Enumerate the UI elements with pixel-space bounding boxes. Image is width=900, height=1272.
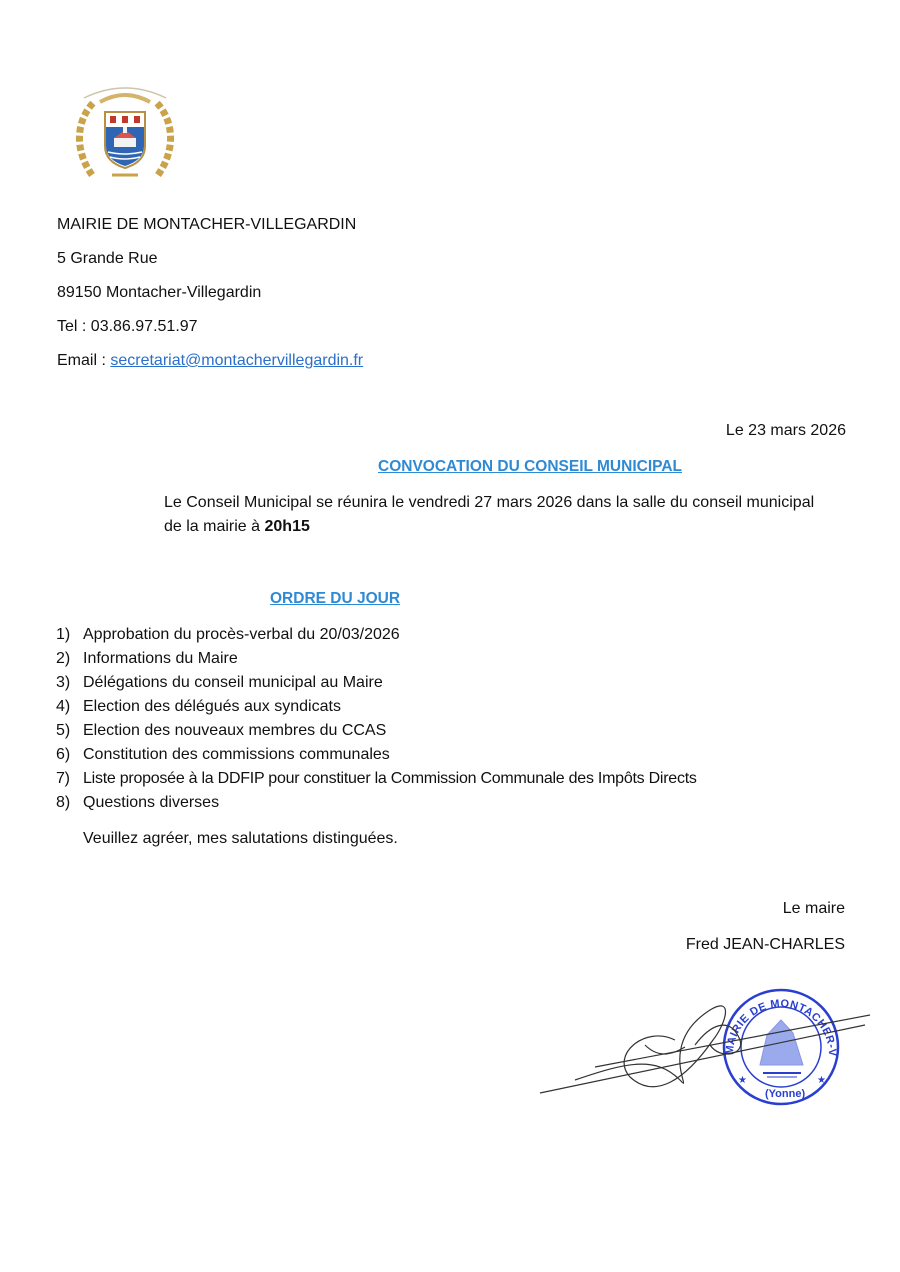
- signatory-role: Le maire: [783, 899, 845, 919]
- agenda-item-text: Questions diverses: [83, 794, 219, 811]
- telephone: Tel : 03.86.97.51.97: [57, 317, 198, 337]
- agenda-item-text: Election des délégués aux syndicats: [83, 698, 341, 715]
- meeting-time: 20h15: [265, 518, 310, 535]
- closing-salutation: Veuillez agréer, mes salutations disting…: [83, 829, 398, 849]
- agenda-item-text: Informations du Maire: [83, 650, 238, 667]
- agenda-item: 4)Election des délégués aux syndicats: [56, 697, 341, 717]
- coat-of-arms-icon: [72, 80, 178, 184]
- signature-and-stamp: MAIRIE DE MONTACHER-VILLEGARDIN (Yonne) …: [535, 985, 875, 1110]
- agenda-item: 7)Liste proposée à la DDFIP pour constit…: [56, 769, 697, 789]
- email-line: Email : secretariat@montachervillegardin…: [57, 351, 363, 371]
- agenda-item-text: Liste proposée à la DDFIP pour constitue…: [83, 770, 697, 787]
- intro-line-2: de la mairie à 20h15: [164, 517, 310, 537]
- email-label: Email :: [57, 352, 110, 369]
- agenda-item-number: 8): [56, 793, 83, 813]
- agenda-item-text: Approbation du procès-verbal du 20/03/20…: [83, 626, 400, 643]
- document-title: CONVOCATION DU CONSEIL MUNICIPAL: [378, 457, 682, 477]
- svg-text:★: ★: [817, 1075, 826, 1086]
- svg-text:★: ★: [738, 1075, 747, 1086]
- agenda-item-text: Election des nouveaux membres du CCAS: [83, 722, 386, 739]
- agenda-item-text: Délégations du conseil municipal au Mair…: [83, 674, 383, 691]
- official-stamp-icon: MAIRIE DE MONTACHER-VILLEGARDIN (Yonne) …: [535, 985, 875, 1110]
- intro-line-1: Le Conseil Municipal se réunira le vendr…: [164, 493, 814, 513]
- agenda-item-number: 7): [56, 769, 83, 789]
- agenda-item-number: 3): [56, 673, 83, 693]
- coat-of-arms-logo: [72, 80, 178, 184]
- agenda-item-text: Constitution des commissions communales: [83, 746, 390, 763]
- agenda-item: 6)Constitution des commissions communale…: [56, 745, 390, 765]
- address-line-1: 5 Grande Rue: [57, 249, 158, 269]
- agenda-item-number: 6): [56, 745, 83, 765]
- svg-text:(Yonne): (Yonne): [765, 1088, 805, 1100]
- intro-line-2-text: de la mairie à: [164, 518, 265, 535]
- agenda-item-number: 4): [56, 697, 83, 717]
- agenda-item: 2)Informations du Maire: [56, 649, 238, 669]
- agenda-item: 1)Approbation du procès-verbal du 20/03/…: [56, 625, 400, 645]
- address-line-2: 89150 Montacher-Villegardin: [57, 283, 261, 303]
- org-name: MAIRIE DE MONTACHER-VILLEGARDIN: [57, 215, 356, 235]
- agenda-item-number: 5): [56, 721, 83, 741]
- agenda-item-number: 2): [56, 649, 83, 669]
- agenda-item: 3)Délégations du conseil municipal au Ma…: [56, 673, 383, 693]
- agenda-item-number: 1): [56, 625, 83, 645]
- document-date: Le 23 mars 2026: [726, 421, 846, 441]
- signatory-name: Fred JEAN-CHARLES: [686, 935, 845, 955]
- agenda-item: 5)Election des nouveaux membres du CCAS: [56, 721, 386, 741]
- agenda-heading: ORDRE DU JOUR: [270, 589, 400, 609]
- agenda-item: 8)Questions diverses: [56, 793, 219, 813]
- email-link[interactable]: secretariat@montachervillegardin.fr: [110, 352, 363, 369]
